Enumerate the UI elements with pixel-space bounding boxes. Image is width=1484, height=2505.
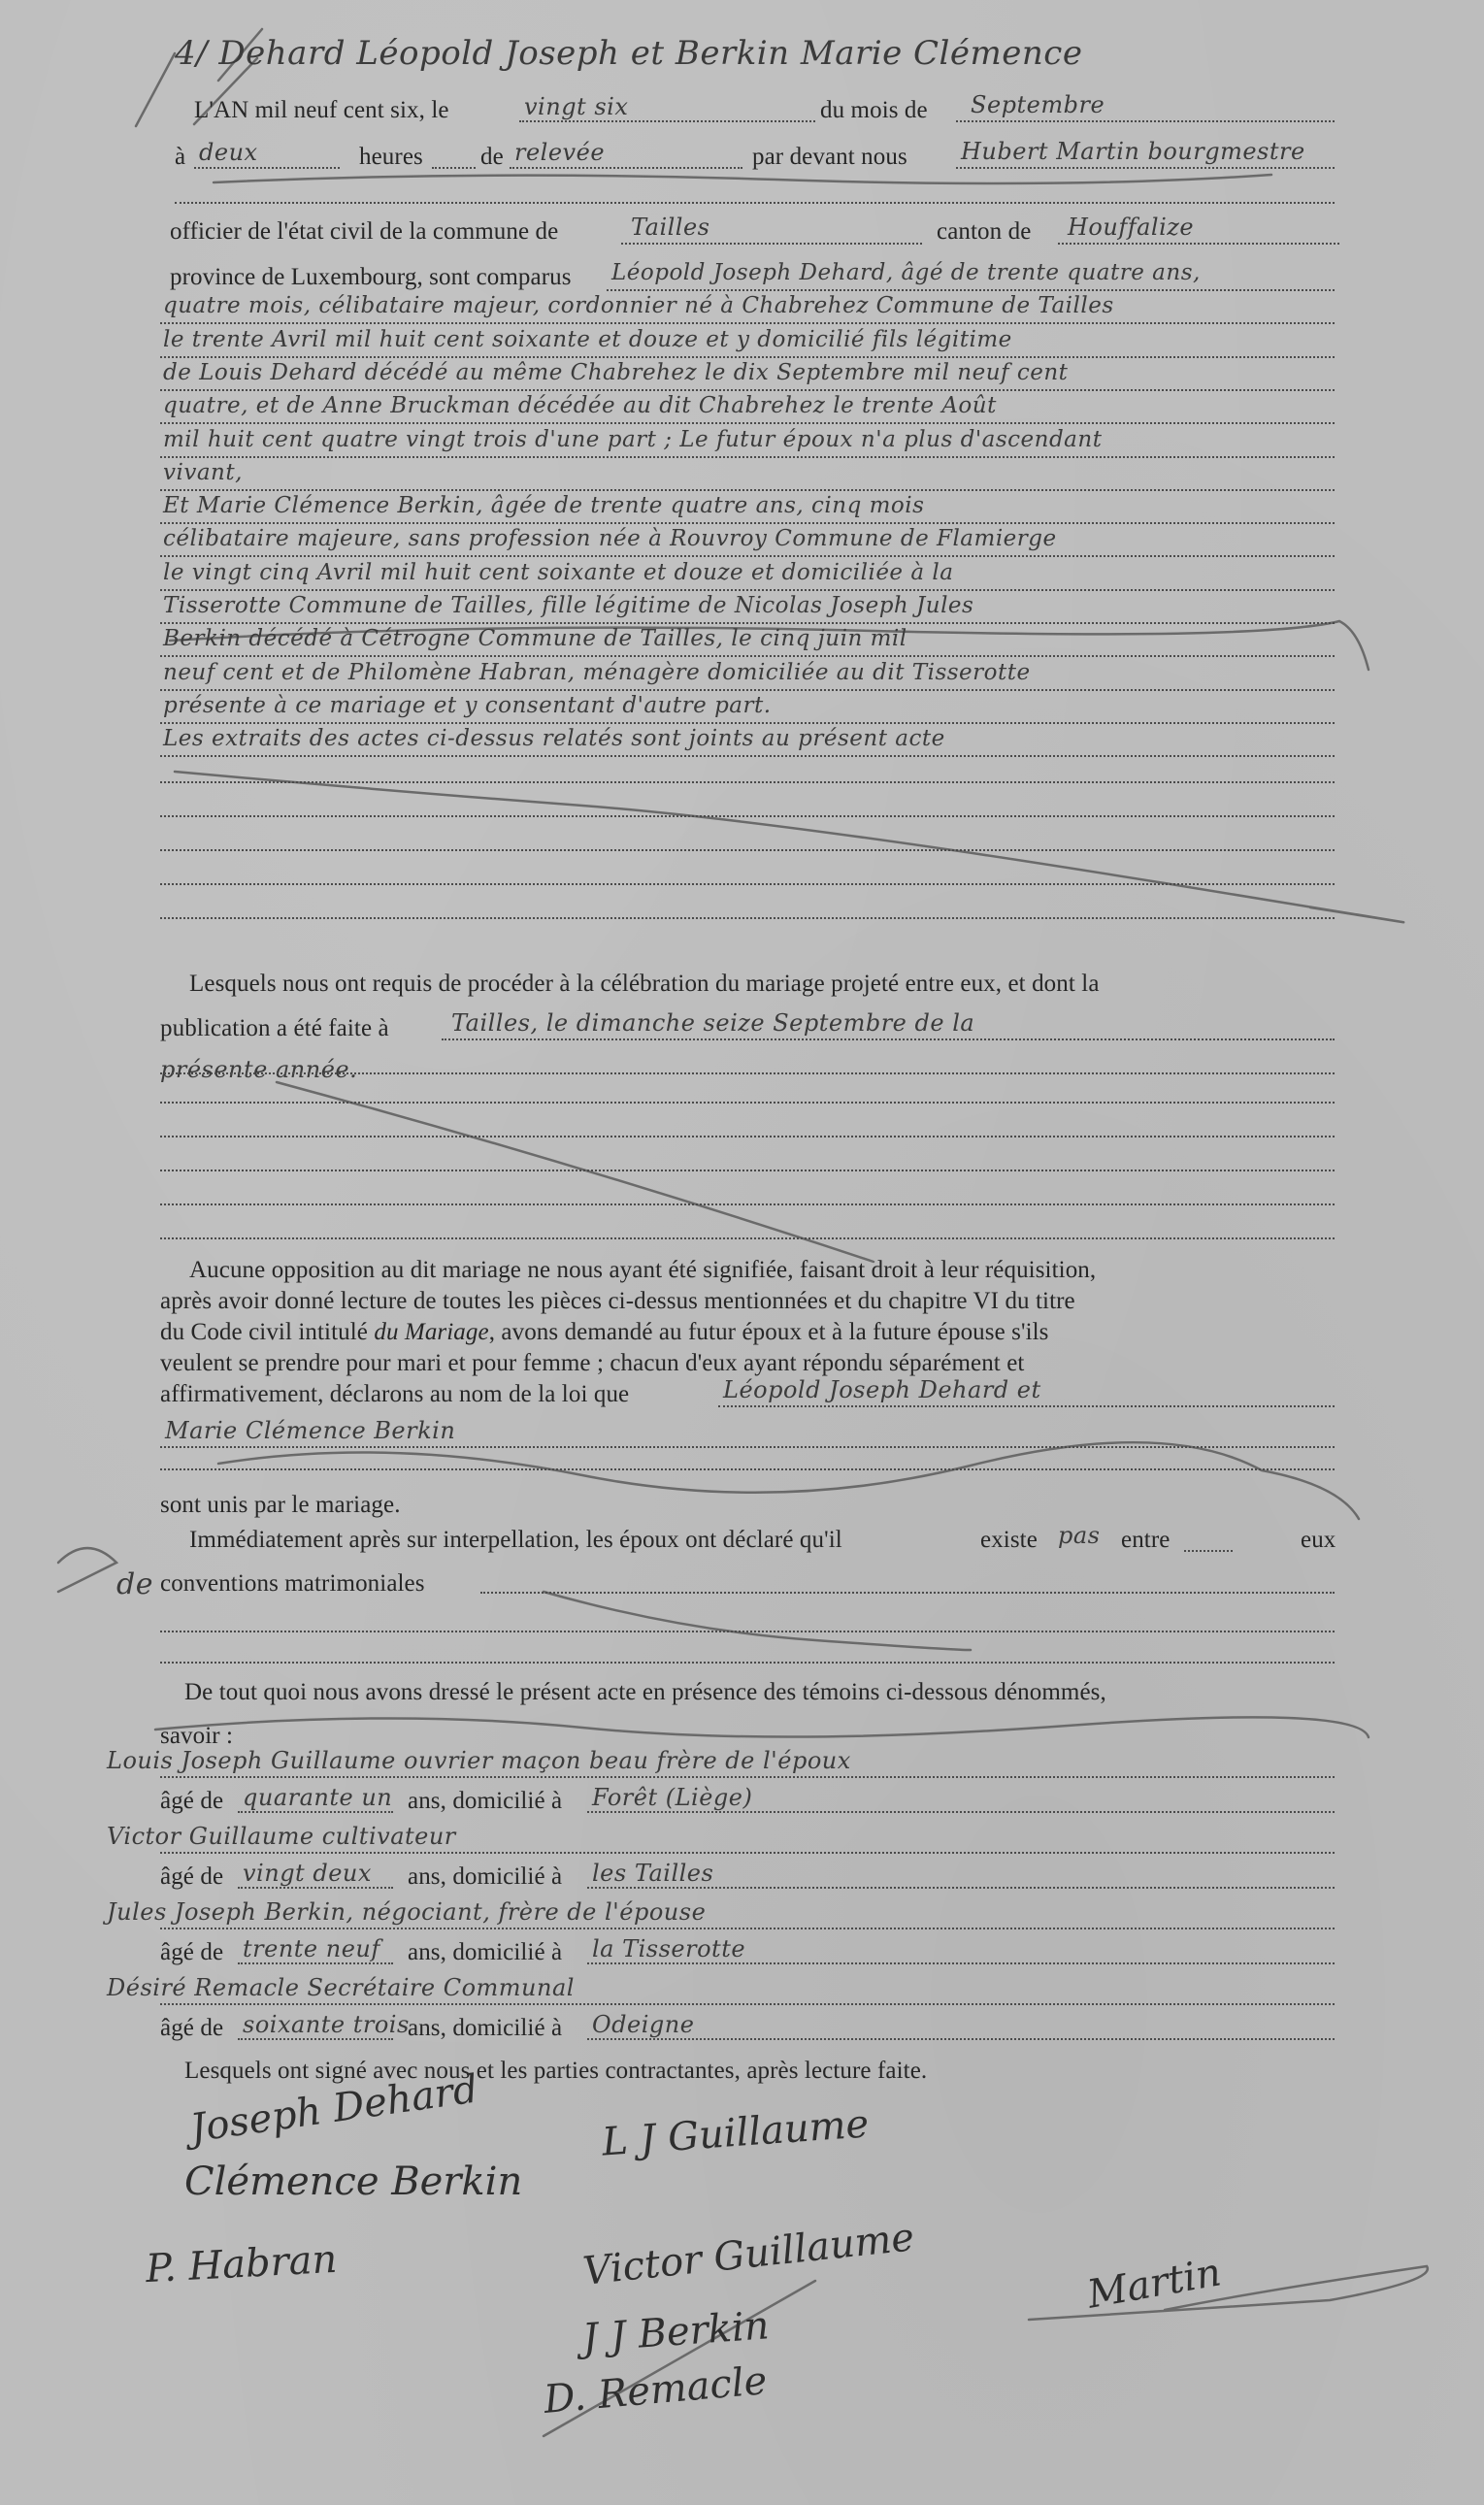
witness-age: quarante un [243, 1784, 392, 1811]
dotted-line [587, 1962, 1335, 1964]
witness-name: Désiré Remacle Secrétaire Communal [107, 1974, 575, 2001]
conventions-printed-1: Immédiatement après sur interpellation, … [189, 1527, 842, 1554]
witness-name: Louis Joseph Guillaume ouvrier maçon bea… [107, 1747, 851, 1774]
dotted-line [160, 322, 1335, 324]
dotted-line [160, 1170, 1335, 1171]
opening-time-of-day: relevée [514, 139, 605, 166]
witness-domicile: Odeigne [592, 2011, 694, 2038]
officer-printed-2: canton de [937, 218, 1031, 246]
witness-domicile-label: ans, domicilié à [408, 2015, 562, 2042]
dotted-line [194, 167, 340, 169]
dotted-line [621, 243, 922, 245]
comparus-line: Les extraits des actes ci-dessus relatés… [163, 726, 945, 751]
comparus-line: Léopold Joseph Dehard, âgé de trente qua… [611, 260, 1201, 285]
declaration-spouses-2: Marie Clémence Berkin [165, 1417, 455, 1444]
publication-handwritten-2: présente année. [160, 1056, 357, 1083]
witness-age: trente neuf [243, 1935, 380, 1962]
declaration-line-3a: du Code civil intitulé [160, 1319, 368, 1345]
dotted-line [160, 555, 1335, 557]
opening-day: vingt six [524, 93, 628, 120]
dotted-line [510, 167, 742, 169]
opening-month: Septembre [971, 91, 1105, 118]
dotted-line [160, 522, 1335, 524]
opening-printed-3: à [175, 144, 185, 171]
dotted-line [480, 1592, 1335, 1594]
closing-statement: Lesquels ont signé avec nous et les part… [184, 2058, 927, 2085]
dotted-line [160, 722, 1335, 724]
dotted-line [160, 356, 1335, 358]
dotted-line [956, 120, 1335, 122]
opening-officer: Hubert Martin bourgmestre [961, 138, 1305, 165]
dotted-line [160, 589, 1335, 591]
dotted-line [160, 422, 1335, 424]
comparus-line: vivant, [163, 460, 243, 485]
comparus-printed: province de Luxembourg, sont comparus [170, 264, 572, 291]
dotted-line [160, 1102, 1335, 1104]
dotted-line [160, 1468, 1335, 1470]
dotted-line [160, 755, 1335, 757]
conventions-printed-3: entre [1121, 1527, 1170, 1554]
comparus-line: présente à ce mariage et y consentant d'… [163, 693, 772, 718]
dotted-line [587, 2038, 1335, 2040]
officer-printed-1: officier de l'état civil de la commune d… [170, 218, 558, 246]
publication-printed-2: publication a été faite à [160, 1015, 389, 1042]
opening-hour: deux [199, 139, 258, 166]
dotted-line [160, 1203, 1335, 1205]
opening-printed-4: heures [359, 144, 423, 171]
declaration-spouses-1: Léopold Joseph Dehard et [723, 1376, 1041, 1403]
publication-printed-1: Lesquels nous ont requis de procéder à l… [189, 971, 1100, 998]
comparus-line: de Louis Dehard décédé au même Chabrehez… [163, 360, 1068, 385]
dotted-line [160, 655, 1335, 657]
dotted-line [160, 1852, 1335, 1854]
officer-canton: Houffalize [1068, 214, 1194, 241]
comparus-line: Tisserotte Commune de Tailles, fille lég… [163, 593, 973, 618]
witness-domicile-label: ans, domicilié à [408, 1863, 562, 1891]
dotted-line [160, 1662, 1335, 1664]
dotted-line [607, 289, 1335, 291]
declaration-line-3: du Code civil intitulé du Mariage, avons… [160, 1319, 1049, 1346]
witness-age-label: âgé de [160, 2015, 223, 2042]
witness-age-label: âgé de [160, 1788, 223, 1815]
witness-name: Jules Joseph Berkin, négociant, frère de… [107, 1898, 706, 1926]
dotted-line [718, 1405, 1335, 1407]
dotted-line [160, 2003, 1335, 2005]
comparus-line: Et Marie Clémence Berkin, âgée de trente… [163, 493, 924, 518]
witness-age-label: âgé de [160, 1863, 223, 1891]
dotted-line [160, 815, 1335, 817]
dotted-line [238, 1962, 393, 1964]
conventions-printed-2: existe [980, 1527, 1038, 1554]
comparus-line: quatre, et de Anne Bruckman décédée au d… [163, 393, 997, 418]
witness-name: Victor Guillaume cultivateur [107, 1823, 456, 1850]
dotted-line [160, 1446, 1335, 1448]
witness-age-label: âgé de [160, 1939, 223, 1966]
declaration-line-1: Aucune opposition au dit mariage ne nous… [189, 1257, 1096, 1284]
signature: Clémence Berkin [184, 2159, 522, 2204]
comparus-line: quatre mois, célibataire majeur, cordonn… [163, 293, 1114, 318]
dotted-line [160, 689, 1335, 691]
witness-domicile: la Tisserotte [592, 1935, 745, 1962]
dotted-line [160, 917, 1335, 919]
comparus-line: célibataire majeure, sans profession née… [163, 526, 1057, 551]
conventions-pas: pas [1058, 1522, 1101, 1549]
dotted-line [175, 202, 1335, 204]
dotted-line [160, 389, 1335, 391]
opening-printed-6: par devant nous [752, 144, 907, 171]
dotted-line [432, 167, 476, 169]
publication-handwritten-1: Tailles, le dimanche seize Septembre de … [451, 1009, 974, 1037]
dotted-line [160, 489, 1335, 491]
opening-printed-1: L'AN mil neuf cent six, le [194, 97, 449, 124]
dotted-line [1058, 243, 1339, 245]
witness-domicile: les Tailles [592, 1860, 713, 1887]
conventions-printed-4: eux [1301, 1527, 1336, 1554]
dotted-line [160, 1136, 1335, 1137]
witnesses-intro-2: savoir : [160, 1723, 233, 1750]
dotted-line [1184, 1550, 1233, 1552]
dotted-line [160, 1928, 1335, 1929]
declaration-line-4: veulent se prendre pour mari et pour fem… [160, 1350, 1024, 1377]
witnesses-intro-1: De tout quoi nous avons dressé le présen… [184, 1679, 1106, 1706]
comparus-line: mil huit cent quatre vingt trois d'une p… [163, 427, 1102, 452]
comparus-line: Berkin décédé à Cétrogne Commune de Tail… [163, 626, 907, 651]
header-annotation: 4/ Dehard Léopold Joseph et Berkin Marie… [175, 34, 1082, 73]
witness-domicile-label: ans, domicilié à [408, 1939, 562, 1966]
opening-printed-2: du mois de [820, 97, 928, 124]
comparus-line: neuf cent et de Philomène Habran, ménagè… [163, 660, 1031, 685]
dotted-line [238, 1887, 393, 1889]
dotted-line [238, 1811, 393, 1813]
witness-domicile-label: ans, domicilié à [408, 1788, 562, 1815]
dotted-line [160, 622, 1335, 624]
dotted-line [160, 781, 1335, 783]
dotted-line [160, 1237, 1335, 1239]
dotted-line [238, 2038, 393, 2040]
dotted-line [442, 1038, 1335, 1040]
dotted-line [160, 849, 1335, 851]
dotted-line [956, 167, 1335, 169]
conventions-printed-5: conventions matrimoniales [160, 1570, 425, 1598]
declaration-line-2: après avoir donné lecture de toutes les … [160, 1288, 1075, 1315]
declaration-line-5: affirmativement, déclarons au nom de la … [160, 1381, 629, 1408]
declaration-united: sont unis par le mariage. [160, 1492, 401, 1519]
dotted-line [160, 1776, 1335, 1778]
declaration-line-3b: , avons demandé au futur époux et à la f… [489, 1319, 1049, 1345]
witness-age: soixante trois [243, 2011, 410, 2038]
opening-printed-5: de [480, 144, 504, 171]
conventions-margin-de: de [116, 1567, 153, 1601]
comparus-line: le vingt cinq Avril mil huit cent soixan… [163, 560, 953, 585]
dotted-line [160, 1631, 1335, 1632]
comparus-line: le trente Avril mil huit cent soixante e… [163, 327, 1012, 352]
dotted-line [160, 456, 1335, 458]
dotted-line [587, 1811, 1335, 1813]
witness-domicile: Forêt (Liège) [592, 1784, 752, 1811]
declaration-line-3-italic: du Mariage [374, 1319, 488, 1345]
witness-age: vingt deux [243, 1860, 372, 1887]
dotted-line [160, 1072, 1335, 1074]
dotted-line [587, 1887, 1335, 1889]
dotted-line [160, 883, 1335, 885]
dotted-line [519, 120, 815, 122]
officer-commune: Tailles [631, 214, 710, 241]
